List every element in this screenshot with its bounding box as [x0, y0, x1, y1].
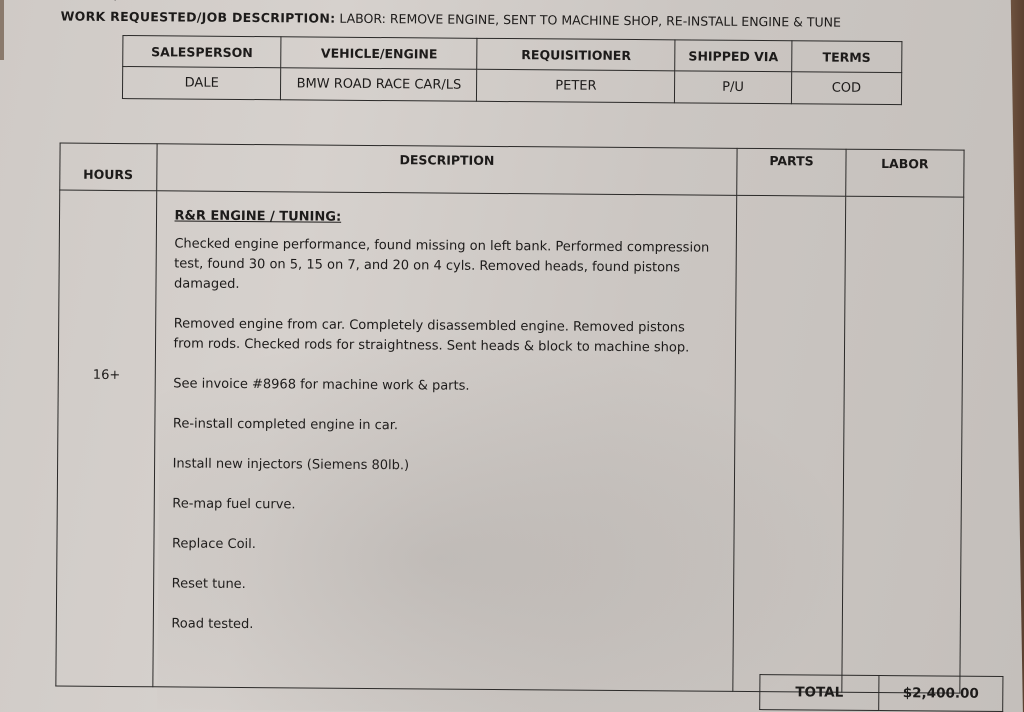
- vehicle-engine-header: VEHICLE/ENGINE: [281, 37, 477, 70]
- work-detail-header-row: HOURS DESCRIPTION PARTS LABOR: [60, 143, 964, 197]
- total-row: TOTAL $2,400.00: [760, 675, 1003, 712]
- vehicle-engine-value: BMW ROAD RACE CAR/LS: [281, 68, 477, 102]
- requisitioner-value: PETER: [477, 69, 675, 103]
- description-item: Reset tune.: [172, 574, 717, 598]
- salesperson-header: SALESPERSON: [123, 36, 282, 68]
- description-cell: R&R ENGINE / TUNING: Checked engine perf…: [152, 191, 737, 692]
- salesperson-value: DALE: [122, 67, 281, 100]
- description-item: Checked engine performance, found missin…: [174, 234, 719, 298]
- work-requested-value: LABOR: REMOVE ENGINE, SENT TO MACHINE SH…: [339, 11, 841, 30]
- description-item: Road tested.: [171, 614, 716, 638]
- invoice-page: ELKTON, MD 2192 WORK REQUESTED/JOB DESCR…: [0, 0, 1024, 712]
- work-detail-table: HOURS DESCRIPTION PARTS LABOR 16+ R&R EN…: [55, 143, 964, 694]
- labor-cell: [842, 196, 964, 693]
- description-header: DESCRIPTION: [156, 144, 737, 196]
- hours-header: HOURS: [60, 143, 157, 191]
- total-label: TOTAL: [760, 675, 879, 711]
- parts-cell: [733, 195, 845, 692]
- description-item: See invoice #8968 for machine work & par…: [173, 374, 718, 398]
- requisitioner-header: REQUISITIONER: [477, 38, 675, 71]
- total-table: TOTAL $2,400.00: [759, 674, 1003, 712]
- total-value: $2,400.00: [879, 675, 1003, 711]
- description-title: R&R ENGINE / TUNING:: [174, 206, 736, 230]
- terms-header: TERMS: [791, 41, 902, 73]
- description-content: R&R ENGINE / TUNING: Checked engine perf…: [153, 191, 736, 639]
- work-detail-body-row: 16+ R&R ENGINE / TUNING: Checked engine …: [56, 190, 964, 693]
- hours-cell: 16+: [56, 190, 156, 687]
- terms-value: COD: [791, 72, 902, 105]
- work-requested-line: WORK REQUESTED/JOB DESCRIPTION: LABOR: R…: [61, 9, 841, 30]
- description-item: Re-install completed engine in car.: [173, 414, 718, 438]
- parts-header: PARTS: [737, 148, 846, 196]
- description-item: Removed engine from car. Completely disa…: [173, 314, 718, 358]
- labor-header: LABOR: [845, 149, 964, 197]
- shipped-via-value: P/U: [675, 71, 792, 104]
- description-item: Re-map fuel curve.: [172, 494, 717, 518]
- shipped-via-header: SHIPPED VIA: [675, 40, 792, 72]
- job-info-value-row: DALE BMW ROAD RACE CAR/LS PETER P/U COD: [122, 67, 901, 105]
- address-partial: ELKTON, MD 2192: [60, 0, 185, 4]
- hours-value: 16+: [59, 368, 155, 384]
- description-item: Replace Coil.: [172, 534, 717, 558]
- description-item: Install new injectors (Siemens 80lb.): [173, 454, 718, 478]
- work-requested-label: WORK REQUESTED/JOB DESCRIPTION:: [61, 9, 336, 26]
- job-info-table: SALESPERSON VEHICLE/ENGINE REQUISITIONER…: [122, 35, 902, 105]
